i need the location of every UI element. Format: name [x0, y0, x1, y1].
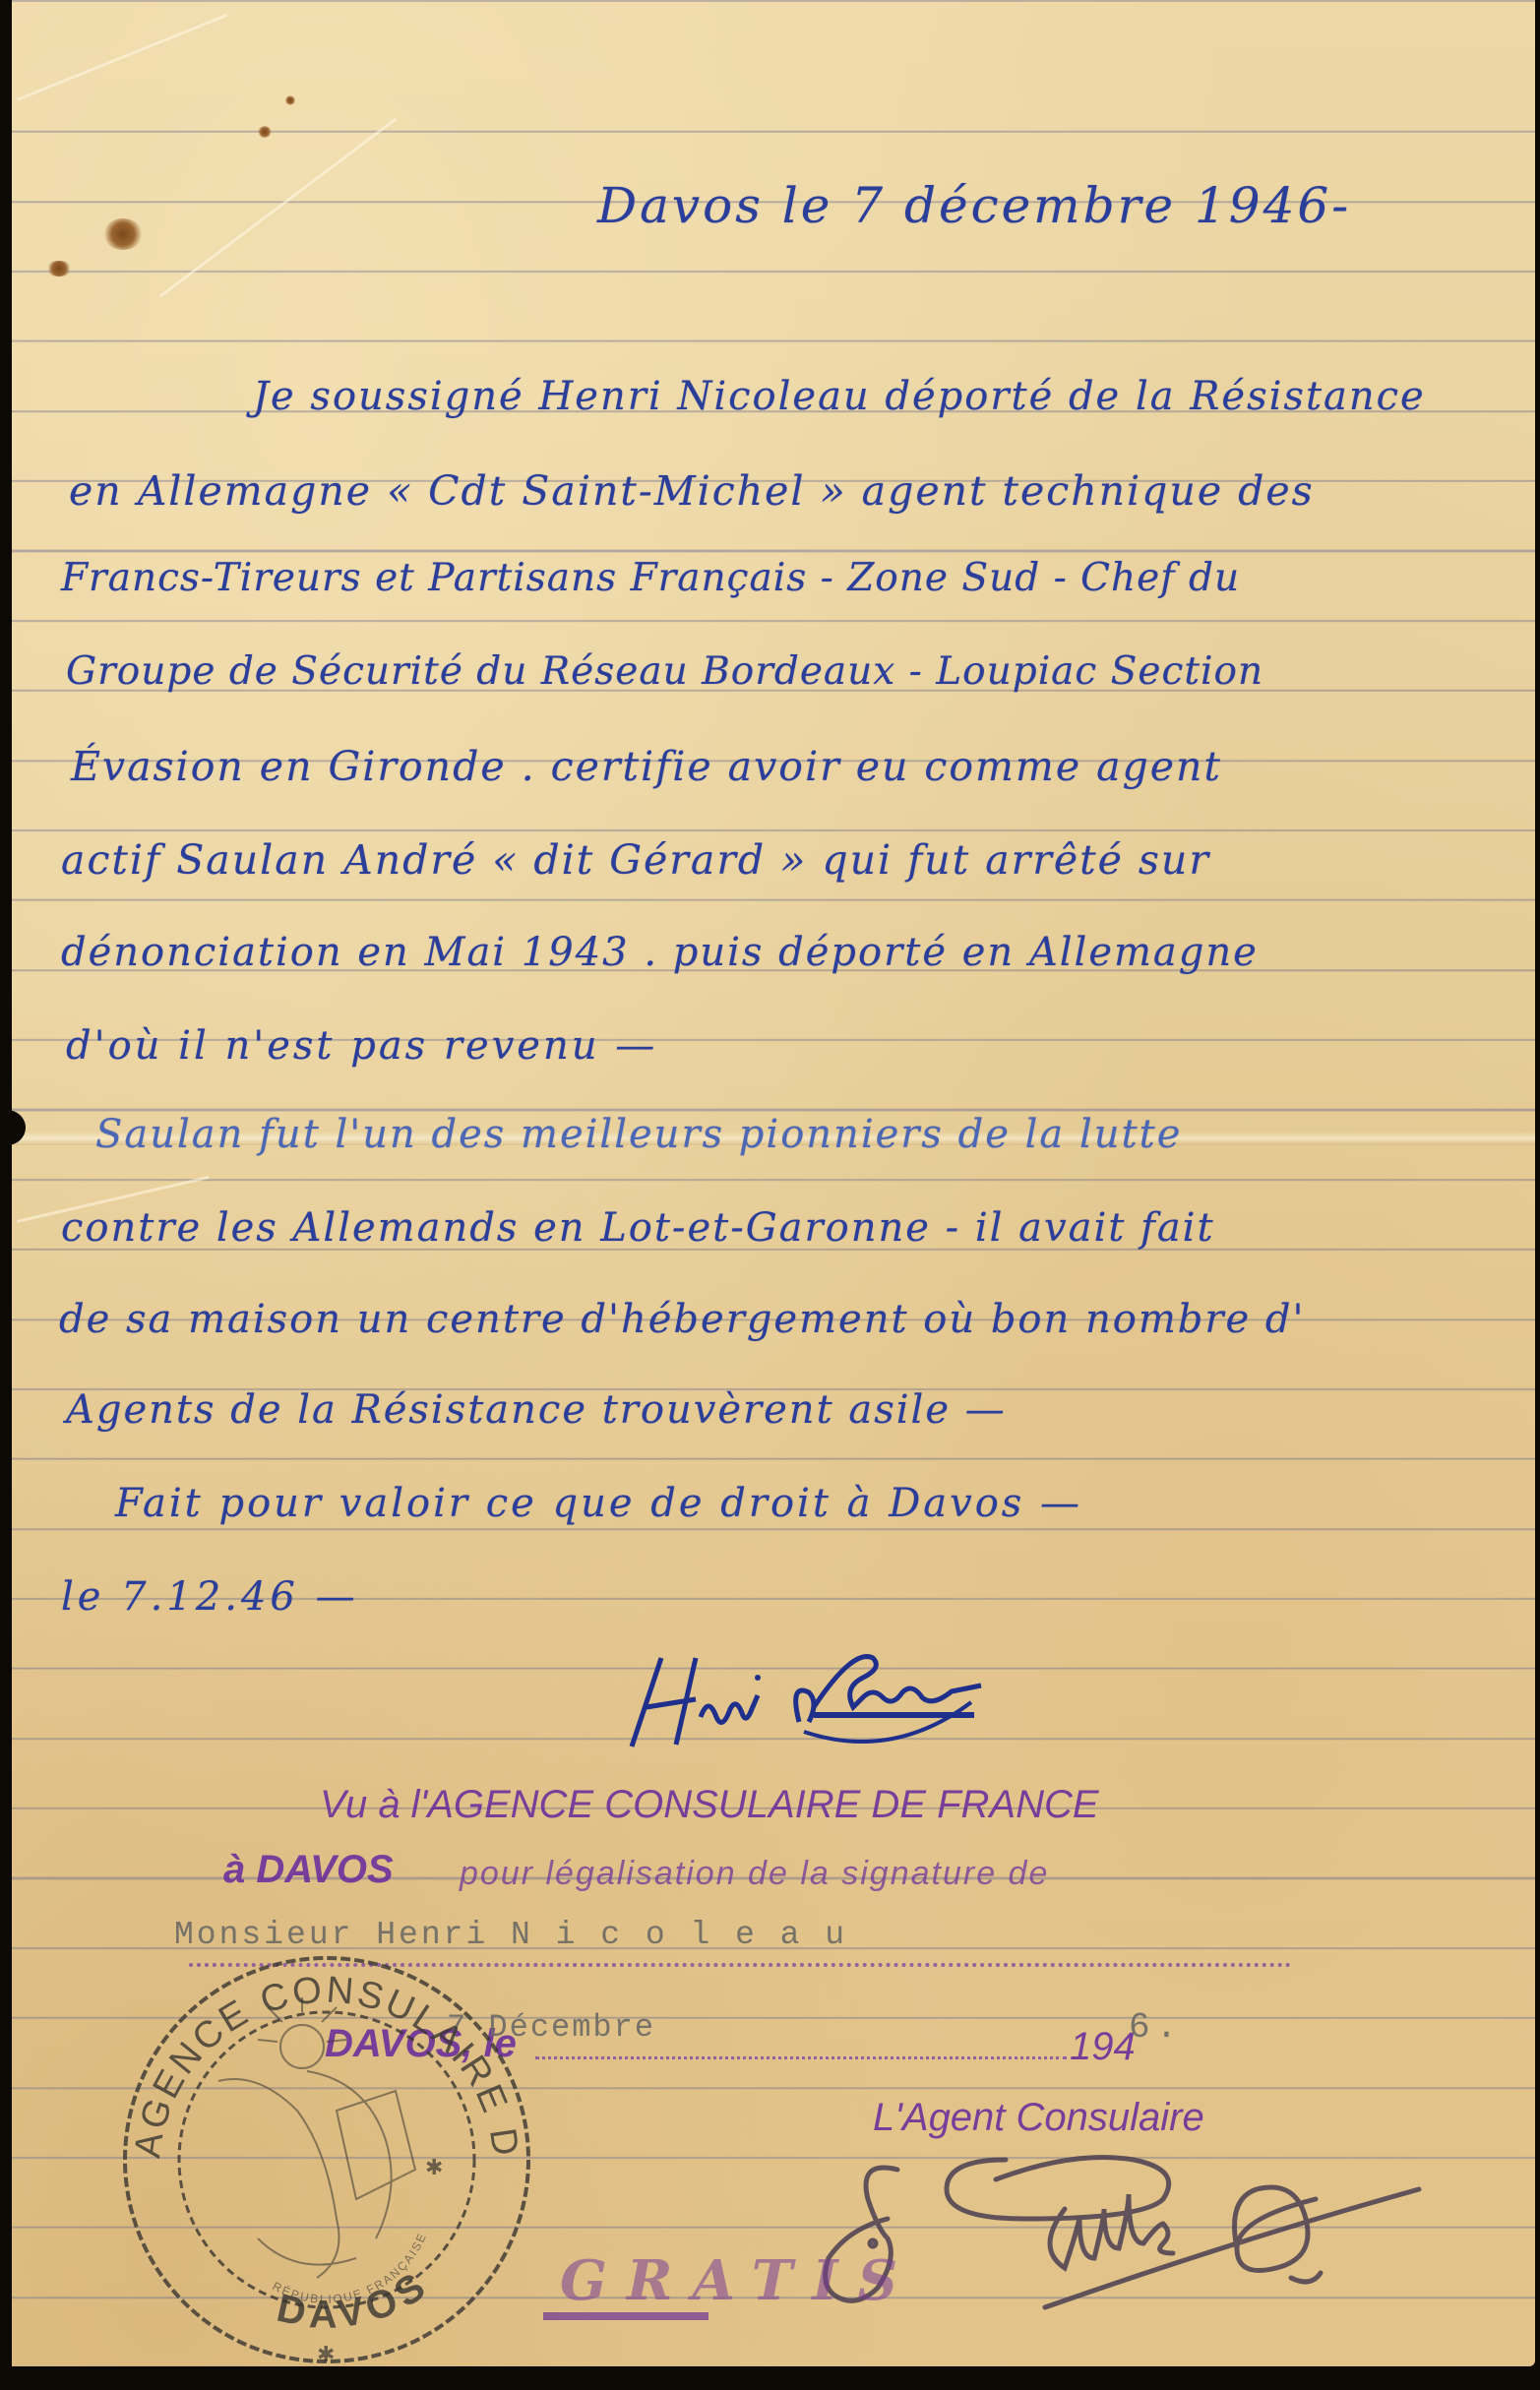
- ink-stain: [258, 126, 272, 138]
- letter-body-line: en Allemagne « Cdt Saint-Michel » agent …: [69, 467, 1315, 515]
- letter-body-line: de sa maison un centre d'hébergement où …: [59, 1297, 1305, 1342]
- letter-body-line: Groupe de Sécurité du Réseau Bordeaux - …: [66, 649, 1263, 694]
- letter-body-line: Évasion en Gironde . certifie avoir eu c…: [71, 743, 1222, 790]
- consular-seal-icon: AGENCE CONSULAIRE DE FRANCE DAVOS RÉPUBL…: [110, 1943, 543, 2376]
- letter-body-line: Francs-Tireurs et Partisans Français - Z…: [61, 556, 1240, 600]
- dotted-date-line: [535, 2056, 1067, 2059]
- document-paper: Davos le 7 décembre 1946- Je soussigné H…: [12, 0, 1535, 2366]
- svg-text:✱: ✱: [317, 2343, 335, 2367]
- seal-ring-text: AGENCE CONSULAIRE DE FRANCE: [110, 1943, 526, 2161]
- gratis-underline: [543, 2312, 708, 2320]
- letter-body-line: actif Saulan André « dit Gérard » qui fu…: [61, 836, 1210, 884]
- svg-text:✱: ✱: [425, 2156, 443, 2180]
- letter-body-line: dénonciation en Mai 1943 . puis déporté …: [61, 930, 1259, 975]
- typed-year-digit: 6.: [1129, 2007, 1183, 2048]
- stamp-header-line: Vu à l'AGENCE CONSULAIRE DE FRANCE: [320, 1783, 1099, 1827]
- author-signature-icon: [602, 1638, 1055, 1756]
- letter-body-line: contre les Allemands en Lot-et-Garonne -…: [61, 1205, 1215, 1251]
- stamp-agent-title: L'Agent Consulaire: [873, 2096, 1204, 2140]
- stamp-legalisation-text: pour légalisation de la signature de: [460, 1855, 1049, 1893]
- letter-body-line: d'où il n'est pas revenu —: [66, 1023, 657, 1069]
- ink-stain: [103, 218, 143, 250]
- letter-body-line: Saulan fut l'un des meilleurs pionniers …: [95, 1112, 1182, 1157]
- ink-stain: [285, 95, 295, 105]
- letter-closing-line: Fait pour valoir ce que de droit à Davos…: [115, 1481, 1082, 1526]
- stamp-place: à DAVOS: [223, 1848, 394, 1892]
- letter-body-line: Agents de la Résistance trouvèrent asile…: [66, 1387, 1007, 1433]
- gratis-stamp: GRATIS: [560, 2248, 917, 2313]
- stamp-year-prefix: 194: [1070, 2025, 1136, 2069]
- paper-crease: [17, 14, 227, 101]
- letter-dateline: Davos le 7 décembre 1946-: [597, 177, 1351, 234]
- paper-crease: [159, 117, 397, 297]
- letter-body-line: Je soussigné Henri Nicoleau déporté de l…: [253, 374, 1426, 419]
- ink-stain: [46, 261, 72, 276]
- letter-closing-date: le 7.12.46 —: [61, 1574, 359, 1620]
- svg-text:AGENCE CONSULAIRE DE FRANCE: AGENCE CONSULAIRE DE FRANCE: [110, 1943, 526, 2161]
